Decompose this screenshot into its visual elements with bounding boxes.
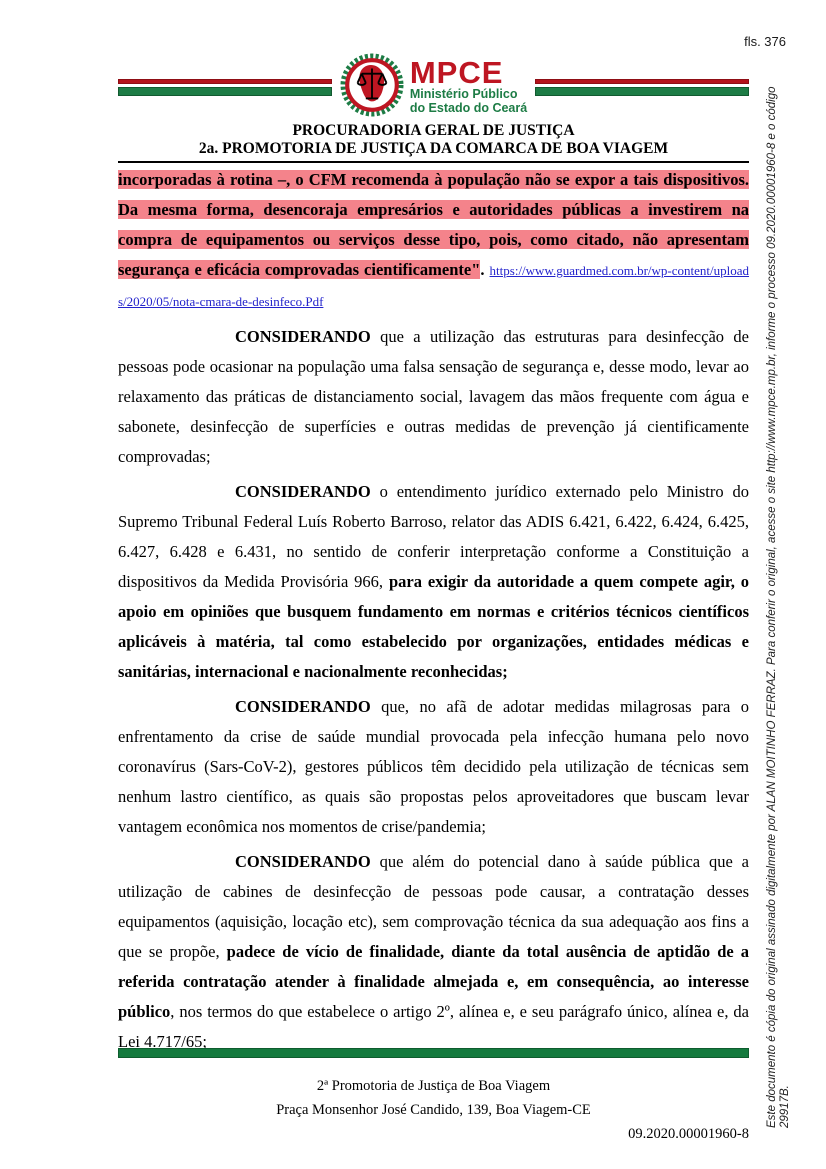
considerando-lead: CONSIDERANDO	[235, 327, 371, 346]
considerando-paragraph-4: CONSIDERANDO que além do potencial dano …	[118, 847, 749, 1057]
footer-green-bar	[118, 1048, 749, 1058]
considerando-lead: CONSIDERANDO	[235, 482, 371, 501]
signature-notice-line1: Este documento é cópia do original assin…	[766, 88, 779, 1128]
red-bar-right	[535, 79, 749, 84]
paragraph-text: , nos termos do que estabelece o artigo …	[118, 1002, 749, 1051]
document-page: { "page": { "fls": "fls. 376" }, "header…	[0, 0, 826, 1169]
green-bar-right	[535, 87, 749, 96]
considerando-lead: CONSIDERANDO	[235, 852, 371, 871]
letterhead-bars-left	[118, 79, 332, 96]
footer-address: Praça Monsenhor José Candido, 139, Boa V…	[118, 1102, 749, 1119]
brand-sub-line1: Ministério Público	[410, 87, 527, 101]
considerando-lead: CONSIDERANDO	[235, 697, 371, 716]
signature-notice-line2: 29917B.	[779, 88, 792, 1128]
footer-process-number: 09.2020.00001960-8	[118, 1126, 749, 1143]
considerando-paragraph-3: CONSIDERANDO que, no afã de adotar medid…	[118, 692, 749, 842]
mpce-emblem-icon	[340, 53, 404, 122]
header-rule	[118, 161, 749, 163]
title-procuradoria: PROCURADORIA GERAL DE JUSTIÇA	[118, 122, 749, 140]
footer-promotoria: 2ª Promotoria de Justiça de Boa Viagem	[118, 1078, 749, 1095]
brand-sub-line2: do Estado do Ceará	[410, 101, 527, 115]
document-content: MPCE Ministério Público do Estado do Cea…	[118, 0, 749, 1057]
paragraph-text: que, no afã de adotar medidas milagrosas…	[118, 697, 749, 836]
brand-abbr: MPCE	[410, 59, 527, 87]
document-body: incorporadas à rotina –, o CFM recomenda…	[118, 165, 749, 1057]
considerando-paragraph-1: CONSIDERANDO que a utilização das estrut…	[118, 322, 749, 472]
digital-signature-notice: Este documento é cópia do original assin…	[766, 88, 792, 1128]
highlighted-paragraph: incorporadas à rotina –, o CFM recomenda…	[118, 165, 749, 317]
page-number-fls: fls. 376	[744, 34, 786, 49]
highlight-trailing-period: .	[480, 260, 489, 279]
brand-block: MPCE Ministério Público do Estado do Cea…	[410, 59, 527, 115]
letterhead: MPCE Ministério Público do Estado do Cea…	[118, 54, 749, 120]
considerando-paragraph-2: CONSIDERANDO o entendimento jurídico ext…	[118, 477, 749, 687]
red-bar-left	[118, 79, 332, 84]
letterhead-bars-right	[535, 79, 749, 96]
document-titles: PROCURADORIA GERAL DE JUSTIÇA 2a. PROMOT…	[118, 122, 749, 158]
green-bar-left	[118, 87, 332, 96]
title-promotoria: 2a. PROMOTORIA DE JUSTIÇA DA COMARCA DE …	[118, 140, 749, 158]
paragraph-text: que a utilização das estruturas para des…	[118, 327, 749, 466]
